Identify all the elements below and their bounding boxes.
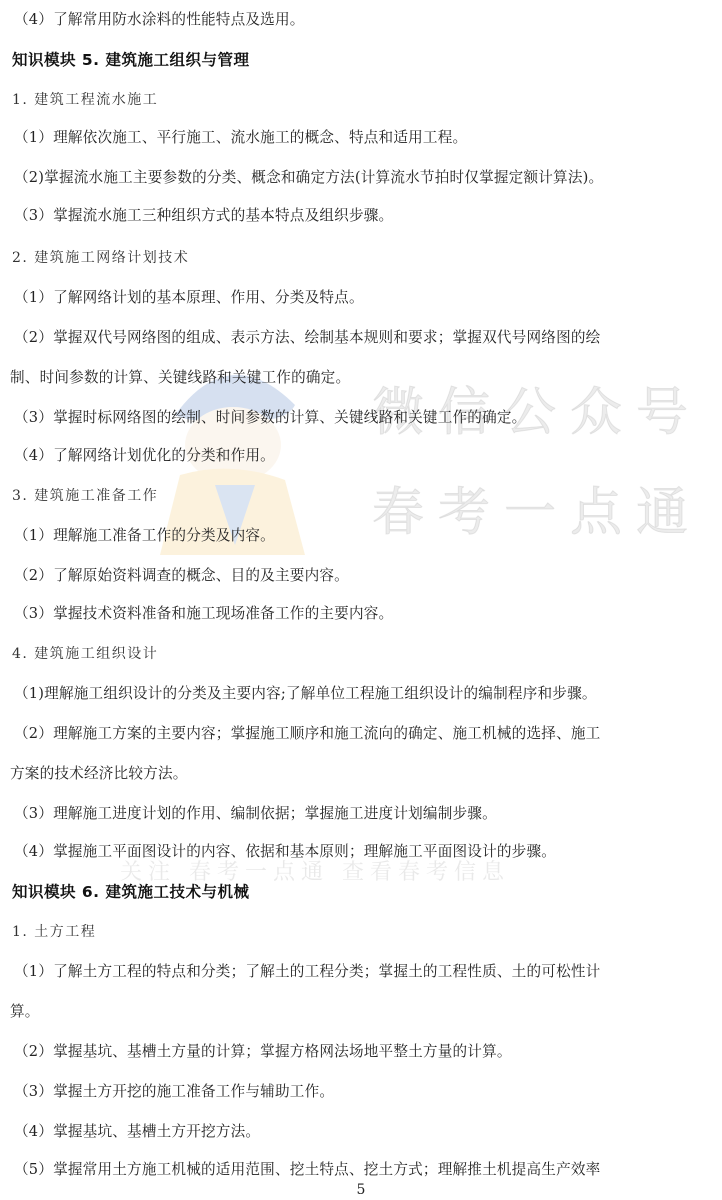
section-heading: 2. 建筑施工网络计划技术 <box>12 248 716 268</box>
list-item: （1）了解土方工程的特点和分类；了解土的工程分类；掌握土的工程性质、土的可松性计 <box>14 962 716 982</box>
list-item: （2）掌握双代号网络图的组成、表示方法、绘制基本规则和要求；掌握双代号网络图的绘 <box>14 328 716 348</box>
list-item: （4）了解常用防水涂料的性能特点及选用。 <box>14 10 716 30</box>
list-item: （2）理解施工方案的主要内容；掌握施工顺序和施工流向的确定、施工机械的选择、施工 <box>14 724 716 744</box>
module-heading: 知识模块 5. 建筑施工组织与管理 <box>12 50 716 70</box>
section-heading: 1. 土方工程 <box>12 922 716 942</box>
section-heading: 1. 建筑工程流水施工 <box>12 90 716 110</box>
page-number: 5 <box>0 1181 722 1199</box>
list-item: （2）掌握基坑、基槽土方量的计算；掌握方格网法场地平整土方量的计算。 <box>14 1042 716 1062</box>
document-page: 微信公众号 春考一点通 关注 春考一点通 查看春考信息 （4）了解常用防水涂料的… <box>0 0 722 1200</box>
list-item: （1)理解施工组织设计的分类及主要内容;了解单位工程施工组织设计的编制程序和步骤… <box>14 684 716 704</box>
list-item: （3）掌握土方开挖的施工准备工作与辅助工作。 <box>14 1082 716 1102</box>
list-item: （1）了解网络计划的基本原理、作用、分类及特点。 <box>14 288 716 308</box>
list-item: （1）理解施工准备工作的分类及内容。 <box>14 526 716 546</box>
list-item: （3）掌握时标网络图的绘制、时间参数的计算、关键线路和关键工作的确定。 <box>14 408 716 428</box>
list-item: （4）掌握施工平面图设计的内容、依据和基本原则；理解施工平面图设计的步骤。 <box>14 842 716 862</box>
list-item: （5）掌握常用土方施工机械的适用范围、挖土特点、挖土方式；理解推土机提高生产效率 <box>14 1160 716 1180</box>
list-item: （3）掌握技术资料准备和施工现场准备工作的主要内容。 <box>14 604 716 624</box>
list-item: （2）了解原始资料调查的概念、目的及主要内容。 <box>14 566 716 586</box>
module-heading: 知识模块 6. 建筑施工技术与机械 <box>12 882 716 902</box>
section-heading: 3. 建筑施工准备工作 <box>12 486 716 506</box>
section-heading: 4. 建筑施工组织设计 <box>12 644 716 664</box>
list-item: （1）理解依次施工、平行施工、流水施工的概念、特点和适用工程。 <box>14 128 716 148</box>
list-item-continuation: 制、时间参数的计算、关键线路和关键工作的确定。 <box>10 368 716 388</box>
list-item: （3）理解施工进度计划的作用、编制依据；掌握施工进度计划编制步骤。 <box>14 804 716 824</box>
list-item: （2)掌握流水施工主要参数的分类、概念和确定方法(计算流水节拍时仅掌握定额计算法… <box>14 168 716 188</box>
list-item: （3）掌握流水施工三种组织方式的基本特点及组织步骤。 <box>14 206 716 226</box>
list-item-continuation: 算。 <box>10 1002 716 1022</box>
list-item-continuation: 方案的技术经济比较方法。 <box>10 764 716 784</box>
list-item: （4）掌握基坑、基槽土方开挖方法。 <box>14 1122 716 1142</box>
list-item: （4）了解网络计划优化的分类和作用。 <box>14 446 716 466</box>
